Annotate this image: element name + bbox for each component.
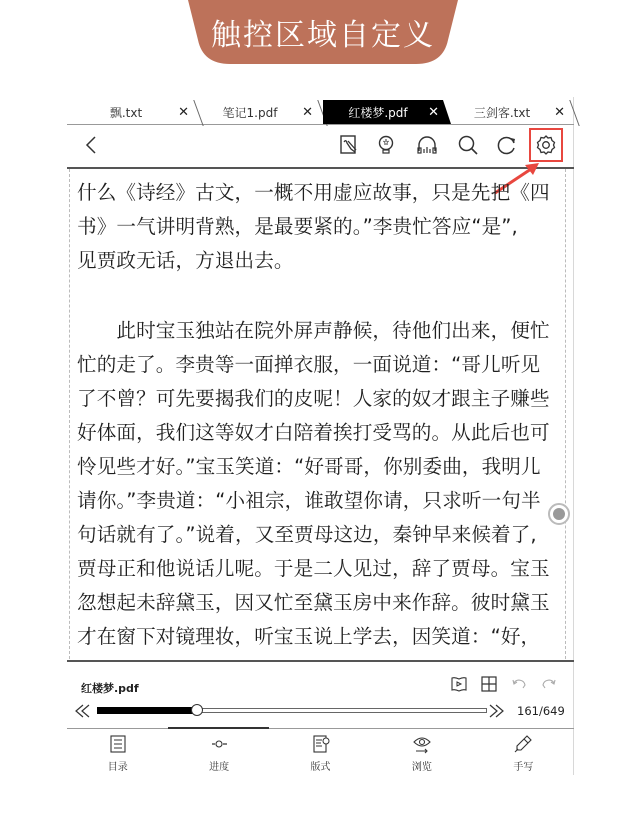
tab-piao[interactable]: 飘.txt ✕ — [75, 100, 195, 124]
floating-touch-handle[interactable] — [548, 503, 570, 525]
lightbulb-icon[interactable] — [374, 133, 398, 157]
margin-guide-right — [565, 169, 566, 659]
close-icon[interactable]: ✕ — [178, 105, 189, 120]
text-line: 见贾政无话，方退出去。 — [77, 251, 294, 271]
refresh-icon[interactable] — [495, 133, 519, 157]
back-icon[interactable] — [81, 134, 101, 156]
document-tabs: 飘.txt ✕ 笔记1.pdf ✕ 红楼梦.pdf ✕ 三剑客.txt ✕ — [67, 100, 574, 125]
read-aloud-book-icon[interactable] — [450, 675, 468, 693]
bottom-panel: 红楼梦.pdf 161/649 — [67, 660, 574, 777]
nav-label: 目录 — [108, 758, 128, 773]
nav-item-toc[interactable]: 目录 — [67, 732, 168, 776]
tab-label: 笔记1.pdf — [199, 104, 301, 121]
nav-item-progress[interactable]: 进度 — [168, 732, 269, 776]
undo-icon[interactable] — [510, 675, 528, 693]
next-chapter-icon[interactable] — [486, 703, 506, 719]
tab-sanjianke[interactable]: 三剑客.txt ✕ — [451, 100, 571, 124]
nav-item-layout[interactable]: 版式 — [270, 732, 371, 776]
handwriting-note-icon[interactable] — [337, 133, 361, 157]
tab-notes1[interactable]: 笔记1.pdf ✕ — [199, 100, 319, 124]
text-line: 忽想起未辞黛玉，因又忙至黛玉房中来作辞。彼时黛玉 — [77, 593, 550, 613]
nav-item-handwrite[interactable]: 手写 — [473, 732, 574, 776]
divider — [67, 728, 574, 729]
active-nav-indicator — [168, 727, 269, 729]
handwrite-icon — [513, 734, 533, 754]
close-icon[interactable]: ✕ — [302, 105, 313, 120]
progress-fill — [97, 707, 194, 714]
tab-hongloumeng[interactable]: 红楼梦.pdf ✕ — [323, 100, 451, 124]
text-line: 怜见些才好。”宝玉笑道：“好哥哥，你别委曲，我明儿 — [77, 457, 541, 477]
nav-label: 进度 — [209, 758, 229, 773]
nav-label: 版式 — [311, 758, 331, 773]
redo-icon[interactable] — [540, 675, 558, 693]
nav-label: 浏览 — [412, 758, 432, 773]
text-line: 贾母正和他说话儿呢。于是二人见过，辞了贾母。宝玉 — [77, 559, 550, 579]
tab-label: 飘.txt — [75, 104, 177, 121]
reading-area[interactable]: 什么《诗经》古文，一概不用虚应故事，只是先把《四 书》一气讲明背熟，是最要紧的。… — [67, 169, 574, 659]
tab-separator — [569, 100, 579, 126]
close-icon[interactable]: ✕ — [554, 105, 565, 120]
nav-label: 手写 — [513, 758, 533, 773]
page-counter: 161/649 — [517, 704, 565, 718]
bottom-nav: 目录 进度 版式 — [67, 732, 574, 776]
text-line: 句话就有了。”说着，又至贾母这边，秦钟早来候着了, — [77, 525, 537, 545]
banner-title: 触控区域自定义 — [211, 10, 435, 54]
headphones-icon[interactable] — [415, 133, 439, 157]
text-line: 书》一气讲明背熟，是最要紧的。”李贵忙答应“是”, — [77, 217, 518, 237]
text-line: 请你。”李贵道：“小祖宗，谁敢望你请，只求听一句半 — [77, 491, 541, 511]
text-line: 什么《诗经》古文，一概不用虚应故事，只是先把《四 — [77, 183, 550, 203]
margin-guide-left — [69, 169, 70, 659]
reader-toolbar — [67, 125, 574, 169]
text-line: 忙的走了。李贵等一面掸衣服，一面说道：“哥儿听见 — [77, 355, 540, 375]
progress-icon — [209, 734, 229, 754]
progress-thumb[interactable] — [191, 704, 203, 716]
page-progress-row: 161/649 — [67, 702, 574, 722]
grid-layout-icon[interactable] — [480, 675, 498, 693]
feature-banner: 触控区域自定义 — [188, 0, 458, 64]
text-line: 好体面，我们这等奴才白陪着挨打受骂的。从此后也可 — [77, 423, 550, 443]
nav-item-browse[interactable]: 浏览 — [371, 732, 472, 776]
close-icon[interactable]: ✕ — [428, 105, 439, 120]
tab-label: 三剑客.txt — [451, 104, 553, 121]
text-line: 了不曾？可先要揭我们的皮呢！人家的奴才跟主子赚些 — [77, 389, 550, 409]
toc-icon — [108, 734, 128, 754]
tab-label: 红楼梦.pdf — [323, 104, 433, 121]
layout-icon — [311, 734, 331, 754]
browse-icon — [412, 734, 432, 754]
text-line: 才在窗下对镜理妆，听宝玉说上学去，因笑道：“好， — [77, 627, 540, 647]
search-icon[interactable] — [456, 133, 480, 157]
reader-device: 飘.txt ✕ 笔记1.pdf ✕ 红楼梦.pdf ✕ 三剑客.txt ✕ — [67, 97, 574, 777]
text-line: 此时宝玉独站在院外屏声静候，待他们出来，便忙 — [77, 321, 550, 341]
file-name: 红楼梦.pdf — [81, 680, 139, 696]
previous-chapter-icon[interactable] — [73, 703, 93, 719]
